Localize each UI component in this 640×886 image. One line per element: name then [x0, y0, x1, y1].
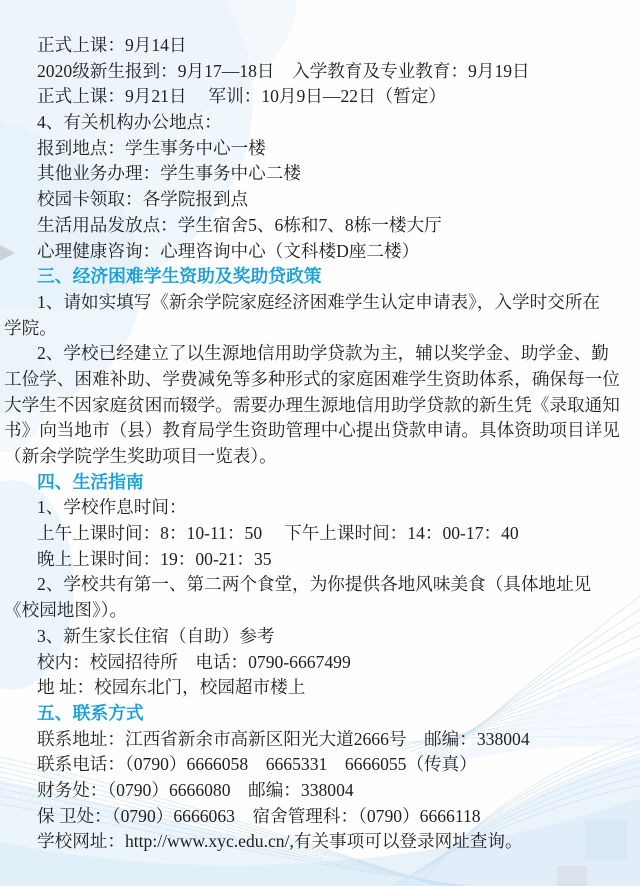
text-line: 书》向当地市（县）教育局学生资助管理中心提出贷款申请。具体资助项目详见 [4, 418, 636, 444]
section-heading: 三、经济困难学生资助及奖助贷政策 [4, 264, 636, 290]
text-line: 学校网址：http://www.xyc.edu.cn/,有关事项可以登录网址查询… [4, 829, 636, 855]
text-line: 报到地点：学生事务中心一楼 [4, 136, 636, 162]
text-line: 2、学校共有第一、第二两个食堂，为你提供各地风味美食（具体地址见 [4, 572, 636, 598]
text-line: 大学生不因家庭贫困而辍学。需要办理生源地信用助学贷款的新生凭《录取通知 [4, 393, 636, 419]
document-page: 正式上课：9月14日2020级新生报到：9月17—18日 入学教育及专业教育：9… [0, 0, 640, 886]
text-line: 地 址：校园东北门，校园超市楼上 [4, 675, 636, 701]
text-line: （新余学院学生奖助项目一览表）。 [4, 444, 636, 470]
text-line: 2、学校已经建立了以生源地信用助学贷款为主，辅以奖学金、助学金、勤 [4, 341, 636, 367]
text-line: 正式上课：9月21日 军训：10月9日—22日（暂定） [4, 84, 636, 110]
text-line: 保 卫处：（0790）6666063 宿舍管理科：（0790）6666118 [4, 804, 636, 830]
decor-square-gray [557, 866, 587, 886]
text-line: 校内：校园招待所 电话：0790-6667499 [4, 650, 636, 676]
text-line: 校园卡领取：各学院报到点 [4, 187, 636, 213]
text-line: 学院。 [4, 316, 636, 342]
text-line: 3、新生家长住宿（自助）参考 [4, 624, 636, 650]
section-heading: 五、联系方式 [4, 701, 636, 727]
text-line: 正式上课：9月14日 [4, 33, 636, 59]
section-heading: 四、生活指南 [4, 470, 636, 496]
text-line: 工俭学、困难补助、学费减免等多种形式的家庭困难学生资助体系，确保每一位 [4, 367, 636, 393]
text-line: 财务处：（0790）6666080 邮编：338004 [4, 778, 636, 804]
text-line: 联系地址：江西省新余市高新区阳光大道2666号 邮编：338004 [4, 727, 636, 753]
text-line: 《校园地图》）。 [4, 598, 636, 624]
text-line: 心理健康咨询：心理咨询中心（文科楼D座二楼） [4, 239, 636, 265]
text-line: 1、学校作息时间： [4, 495, 636, 521]
text-line: 生活用品发放点：学生宿舍5、6栋和7、8栋一楼大厅 [4, 213, 636, 239]
text-line: 1、请如实填写《新余学院家庭经济困难学生认定申请表》，入学时交所在 [4, 290, 636, 316]
text-line: 其他业务办理：学生事务中心二楼 [4, 161, 636, 187]
text-line: 4、有关机构办公地点： [4, 110, 636, 136]
document-body: 正式上课：9月14日2020级新生报到：9月17—18日 入学教育及专业教育：9… [4, 33, 636, 855]
text-line: 联系电话：（0790）6666058 6665331 6666055（传真） [4, 752, 636, 778]
text-line: 上午上课时间：8：10-11：50 下午上课时间：14：00-17：40 [4, 521, 636, 547]
text-line: 晚上上课时间：19：00-21：35 [4, 547, 636, 573]
text-line: 2020级新生报到：9月17—18日 入学教育及专业教育：9月19日 [4, 59, 636, 85]
